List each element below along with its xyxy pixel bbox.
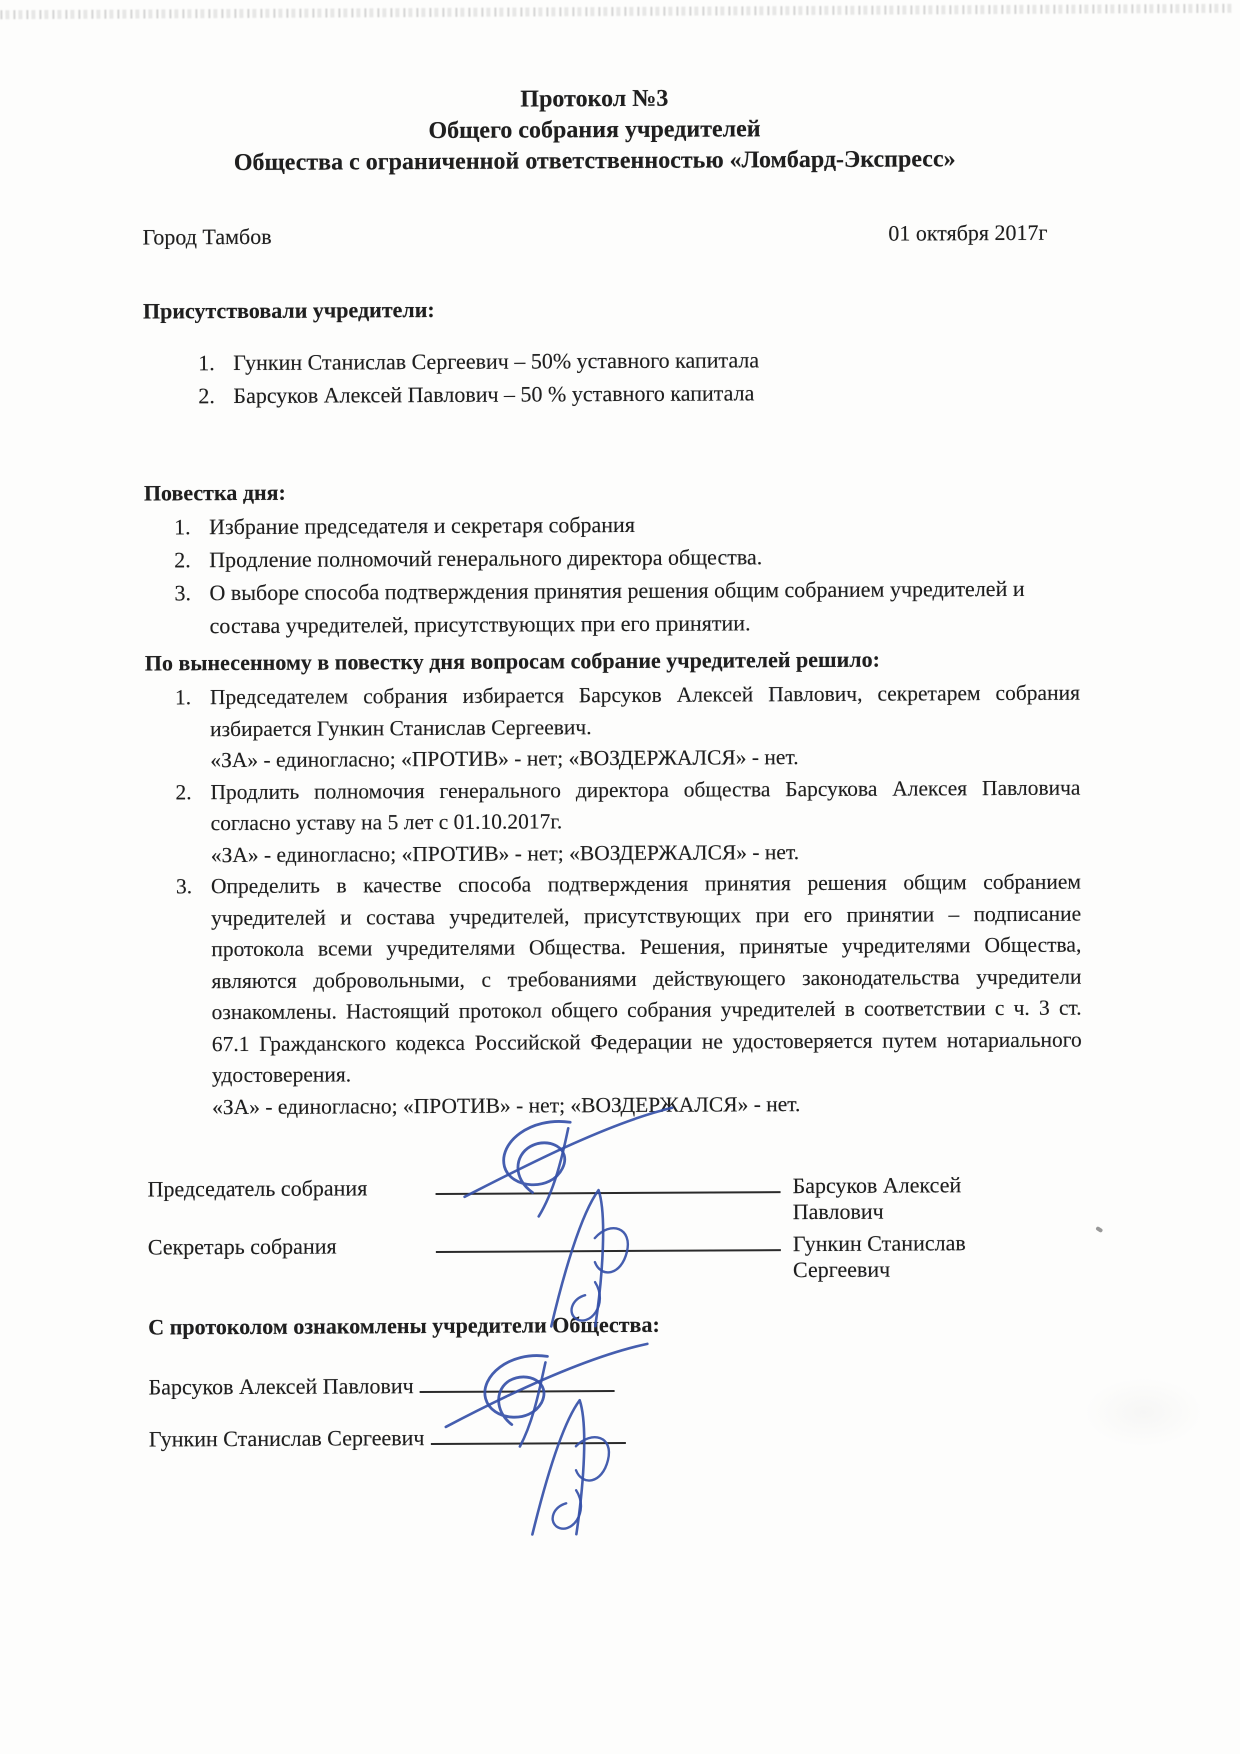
ack-name-gunkin: Гункин Станислав Сергеевич <box>149 1425 425 1452</box>
scan-speck-artifact <box>1095 1226 1103 1233</box>
decision-vote: «ЗА» - единогласно; «ПРОТИВ» - нет; «ВОЗ… <box>211 835 1081 871</box>
title-line-protocol-number: Протокол №3 <box>142 82 1047 118</box>
handwritten-signature-gunkin-ack <box>506 1392 647 1538</box>
scanned-protocol-page: Протокол №3 Общего собрания учредителей … <box>0 0 1240 1754</box>
ack-row-gunkin: Гункин Станислав Сергеевич <box>149 1418 1054 1453</box>
list-number: 2. <box>198 379 233 412</box>
decision-vote: «ЗА» - единогласно; «ПРОТИВ» - нет; «ВОЗ… <box>210 741 1080 777</box>
list-number: 1. <box>175 682 210 714</box>
agenda-item: 1. Избрание председателя и секретаря соб… <box>174 506 1079 544</box>
attendee-item: 2. Барсуков Алексей Павлович – 50 % уста… <box>198 374 1103 412</box>
decision-text: Председателем собрания избирается Барсук… <box>210 678 1080 746</box>
scan-edge-artifact <box>0 4 1232 19</box>
agenda-heading: Повестка дня: <box>144 476 1049 507</box>
document-title-block: Протокол №3 Общего собрания учредителей … <box>142 82 1047 180</box>
decision-item: 2. Продлить полномочия генерального дире… <box>175 772 1080 871</box>
list-number: 3. <box>174 576 209 609</box>
agenda-item: 3. О выборе способа подтверждения принят… <box>174 572 1079 643</box>
attendees-list: 1. Гункин Станислав Сергеевич – 50% уста… <box>143 341 1103 412</box>
agenda-list: 1. Избрание председателя и секретаря соб… <box>144 506 1080 643</box>
date-label: 01 октября 2017г <box>888 220 1047 247</box>
decisions-heading: По вынесенному в повестку дня вопросам с… <box>145 646 1050 677</box>
agenda-item: 2. Продление полномочий генерального дир… <box>174 539 1079 577</box>
list-number: 1. <box>174 510 209 543</box>
list-number: 3. <box>176 871 211 903</box>
list-number: 2. <box>174 543 209 576</box>
secretary-name: Гункин Станислав Сергеевич <box>781 1230 1053 1283</box>
title-line-meeting: Общего собрания учредителей <box>142 113 1047 149</box>
ack-name-barsukov: Барсуков Алексей Павлович <box>149 1373 414 1400</box>
scan-smudge-artifact <box>1084 1377 1204 1448</box>
chairman-role-label: Председатель собрания <box>147 1175 435 1203</box>
ack-signature-line <box>430 1420 625 1445</box>
document-sheet: Протокол №3 Общего собрания учредителей … <box>0 0 1240 1754</box>
decision-item: 1. Председателем собрания избирается Бар… <box>175 678 1080 777</box>
chairman-signature-line <box>435 1169 780 1195</box>
acknowledgement-heading: С протоколом ознакомлены учредители Обще… <box>148 1310 1053 1341</box>
decisions-list: 1. Председателем собрания избирается Бар… <box>145 678 1082 1124</box>
attendee-text: Гункин Станислав Сергеевич – 50% уставно… <box>233 343 759 379</box>
list-number: 2. <box>175 777 210 809</box>
title-line-company: Общества с ограниченной ответственностью… <box>142 144 1047 180</box>
list-number: 1. <box>198 346 233 379</box>
decision-vote: «ЗА» - единогласно; «ПРОТИВ» - нет; «ВОЗ… <box>212 1087 1082 1123</box>
city-label: Город Тамбов <box>142 224 271 251</box>
agenda-text: О выборе способа подтверждения принятия … <box>209 572 1079 643</box>
decision-text: Определить в качестве способа подтвержде… <box>211 867 1082 1092</box>
attendee-item: 1. Гункин Станислав Сергеевич – 50% уста… <box>198 341 1103 379</box>
decision-text: Продлить полномочия генерального директо… <box>210 772 1080 840</box>
attendee-text: Барсуков Алексей Павлович – 50 % уставно… <box>233 376 754 412</box>
secretary-role-label: Секретарь собрания <box>148 1233 436 1261</box>
decision-item: 3. Определить в качестве способа подтвер… <box>176 867 1082 1124</box>
meta-row: Город Тамбов 01 октября 2017г <box>142 220 1047 251</box>
agenda-text: Продление полномочий генерального директ… <box>209 540 762 576</box>
attendees-heading: Присутствовали учредители: <box>143 294 1048 325</box>
chairman-signature-row: Председатель собрания Барсуков Алексей П… <box>147 1168 1052 1229</box>
secretary-signature-row: Секретарь собрания Гункин Станислав Серг… <box>148 1226 1053 1287</box>
ack-row-barsukov: Барсуков Алексей Павлович <box>148 1366 1053 1401</box>
secretary-signature-line <box>436 1227 781 1253</box>
chairman-name: Барсуков Алексей Павлович <box>780 1172 1052 1225</box>
agenda-text: Избрание председателя и секретаря собран… <box>209 508 635 543</box>
ack-signature-line <box>420 1368 615 1393</box>
